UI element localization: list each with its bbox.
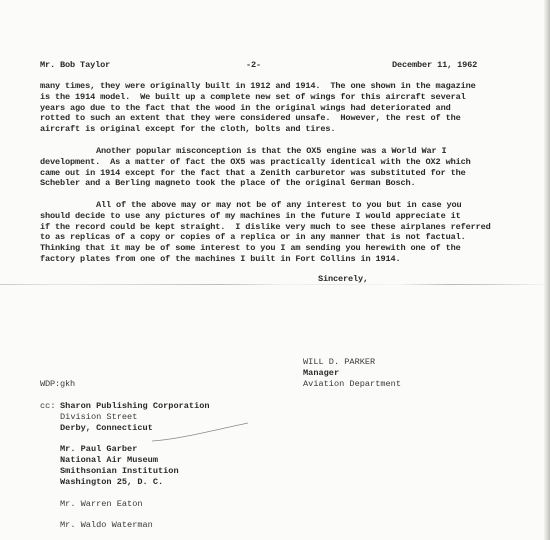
paragraph-line: aircraft is original except for the clot…: [40, 124, 476, 135]
signer-title: Manager: [303, 368, 401, 379]
body-paragraph-3: All of the above may or may not be of an…: [40, 200, 491, 265]
paragraph-line: Another popular misconception is that th…: [40, 146, 471, 157]
header-date: December 11, 1962: [392, 60, 477, 71]
paragraph-line: factory plates from one of the machines …: [40, 254, 491, 265]
cc-recipient: Mr. Warren Eaton: [60, 499, 210, 510]
cc-label: cc:: [40, 401, 55, 412]
cc-line: Mr. Waldo Waterman: [60, 520, 210, 531]
paragraph-line: development. As a matter of fact the OX5…: [40, 157, 471, 168]
cc-recipient: Mr. Waldo Waterman: [60, 520, 210, 531]
cc-line: Sharon Publishing Corporation: [60, 401, 210, 412]
paragraph-line: came out in 1914 except for the fact tha…: [40, 168, 471, 179]
cc-line: Mr. Warren Eaton: [60, 499, 210, 510]
paper-fold-line: [0, 284, 550, 285]
body-paragraph-1: many times, they were originally built i…: [40, 81, 476, 135]
letter-page: Mr. Bob Taylor -2- December 11, 1962 man…: [0, 0, 550, 540]
header-recipient: Mr. Bob Taylor: [40, 60, 110, 71]
pen-stroke-mark: [150, 421, 250, 443]
cc-recipient: Mr. Paul Garber National Air Museum Smit…: [60, 444, 210, 487]
cc-line: Mr. Paul Garber: [60, 444, 210, 455]
paragraph-line: if the record could be kept straight. I …: [40, 222, 491, 233]
header-page-number: -2-: [246, 60, 261, 71]
cc-line: Smithsonian Institution: [60, 466, 210, 477]
paragraph-line: Schebler and a Berling magneto took the …: [40, 178, 471, 189]
paragraph-line: is the 1914 model. We built up a complet…: [40, 92, 476, 103]
paragraph-line: to as replicas of a copy or copies of a …: [40, 232, 491, 243]
body-paragraph-2: Another popular misconception is that th…: [40, 146, 471, 189]
paragraph-line: Thinking that it may be of some interest…: [40, 243, 491, 254]
signer-name: WILL D. PARKER: [303, 357, 401, 368]
paragraph-line: rotted to such an extent that they were …: [40, 113, 476, 124]
paper-edge-shadow: [544, 0, 550, 540]
paragraph-line: years ago due to the fact that the wood …: [40, 103, 476, 114]
cc-line: National Air Museum: [60, 455, 210, 466]
signature-block: WILL D. PARKER Manager Aviation Departme…: [303, 357, 401, 389]
cc-line: Washington 25, D. C.: [60, 477, 210, 488]
paragraph-line: many times, they were originally built i…: [40, 81, 476, 92]
closing-salutation: Sincerely,: [318, 274, 368, 285]
reference-initials: WDP:gkh: [40, 379, 75, 390]
paragraph-line: All of the above may or may not be of an…: [40, 200, 491, 211]
paragraph-line: should decide to use any pictures of my …: [40, 211, 491, 222]
signer-department: Aviation Department: [303, 379, 401, 390]
